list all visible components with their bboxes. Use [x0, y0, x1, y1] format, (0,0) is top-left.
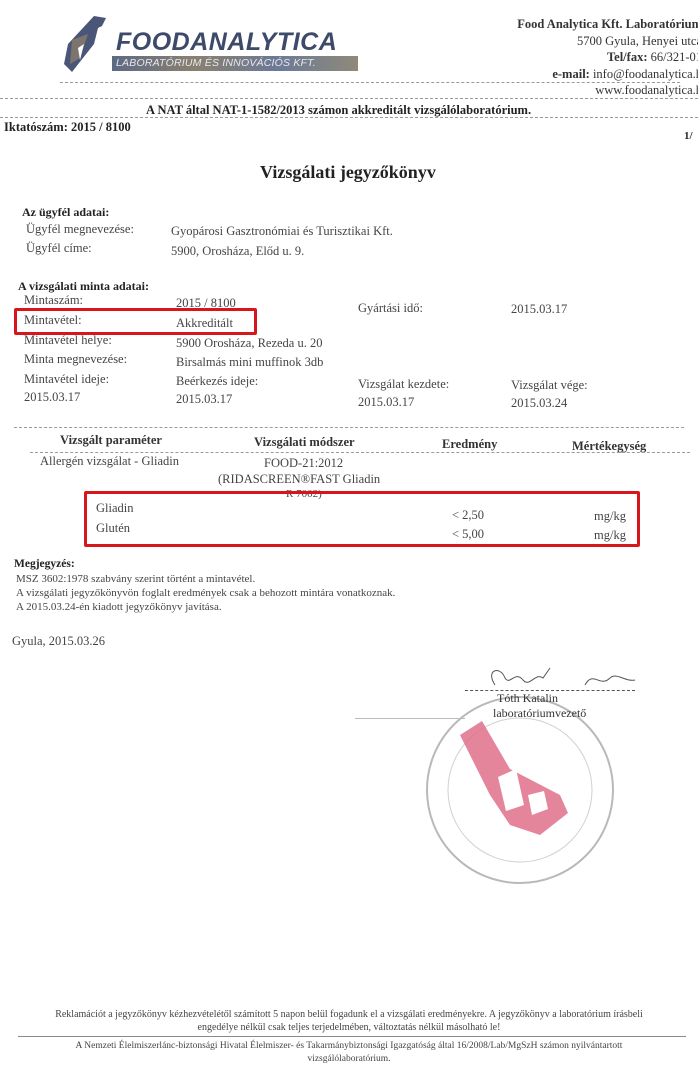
- sampling-place-label: Mintavétel helye:: [24, 333, 112, 348]
- parameter-value: Allergén vizsgálat - Gliadin: [40, 454, 179, 469]
- test-start-label: Vizsgálat kezdete:: [358, 377, 449, 392]
- footer-registration: A Nemzeti Élelmiszerlánc-biztonsági Hiva…: [0, 1040, 698, 1065]
- sample-name-value: Birsalmás mini muffinok 3db: [176, 355, 323, 370]
- production-value: 2015.03.17: [511, 302, 567, 317]
- sample-number-label: Mintaszám:: [24, 293, 83, 308]
- header-divider-3: [0, 117, 698, 118]
- stamp-pointer-line: [355, 718, 465, 719]
- sampling-label: Mintavétel:: [24, 313, 82, 328]
- results-highlight-box: [84, 491, 640, 547]
- document-title: Vizsgálati jegyzőkönyv: [260, 162, 436, 183]
- tel-value: 66/321-01: [651, 50, 698, 64]
- footer-line: Reklamációt a jegyzőkönyv kézhezvételétő…: [0, 1008, 698, 1021]
- company-name: Food Analytica Kft. Laboratórium: [517, 17, 698, 31]
- client-name-label: Ügyfél megnevezése:: [26, 222, 134, 237]
- col-header-method: Vizsgálati módszer: [254, 435, 355, 450]
- company-info: Food Analytica Kft. Laboratórium 5700 Gy…: [517, 16, 698, 99]
- test-end-value: 2015.03.24: [511, 396, 567, 411]
- note-line: MSZ 3602:1978 szabvány szerint történt a…: [16, 573, 255, 585]
- table-header-divider: [30, 452, 690, 453]
- client-address-label: Ügyfél címe:: [26, 241, 92, 256]
- logo-wordmark: FOODANALYTICA: [116, 28, 337, 57]
- header-divider-2: [0, 98, 698, 99]
- result-unit: mg/kg: [594, 528, 626, 543]
- company-address: 5700 Gyula, Henyei utca: [517, 33, 698, 50]
- result-value: < 5,00: [452, 527, 484, 542]
- sampling-value: Akkreditált: [176, 316, 233, 331]
- sampling-date-value: 2015.03.17: [24, 390, 80, 405]
- sample-name-label: Minta megnevezése:: [24, 352, 127, 367]
- page-number: 1/: [684, 130, 693, 142]
- footer-line: vizsgálólaboratórium.: [0, 1053, 698, 1065]
- footer-line: A Nemzeti Élelmiszerlánc-biztonsági Hiva…: [0, 1040, 698, 1053]
- note-line: A 2015.03.24-én kiadott jegyzőkönyv javí…: [16, 601, 222, 613]
- header-divider: [60, 82, 680, 83]
- client-address-value: 5900, Orosháza, Előd u. 9.: [171, 244, 304, 259]
- sample-section-label: A vizsgálati minta adatai:: [18, 279, 149, 294]
- sampling-date-label: Mintavétel ideje:: [24, 372, 109, 387]
- sampling-place-value: 5900 Orosháza, Rezeda u. 20: [176, 336, 322, 351]
- accreditation-line: A NAT által NAT-1-1582/2013 számon akkre…: [146, 103, 531, 118]
- logo-subtitle: LABORATÓRIUM ÉS INNOVÁCIÓS KFT.: [112, 56, 358, 71]
- registry-number: Iktatószám: 2015 / 8100: [4, 120, 131, 135]
- test-start-value: 2015.03.17: [358, 395, 414, 410]
- tel-label: Tel/fax:: [607, 50, 648, 64]
- website: www.foodanalytica.h: [517, 82, 698, 99]
- footer-complaint: Reklamációt a jegyzőkönyv kézhezvételétő…: [0, 1008, 698, 1034]
- result-value: < 2,50: [452, 508, 484, 523]
- result-name: Gliadin: [96, 501, 134, 516]
- method-line-1: FOOD-21:2012: [264, 456, 343, 471]
- test-end-label: Vizsgálat vége:: [511, 378, 588, 393]
- production-label: Gyártási idő:: [358, 301, 423, 316]
- footer-line: engedélye nélkül csak teljes terjedelméb…: [0, 1021, 698, 1034]
- result-unit: mg/kg: [594, 509, 626, 524]
- method-line-2: (RIDASCREEN®FAST Gliadin: [218, 472, 380, 487]
- col-header-parameter: Vizsgált paraméter: [60, 433, 162, 448]
- client-name-value: Gyopárosi Gasztronómiai és Turisztikai K…: [171, 224, 393, 239]
- arrival-value: 2015.03.17: [176, 392, 232, 407]
- result-name: Glutén: [96, 521, 130, 536]
- col-header-result: Eredmény: [442, 437, 497, 452]
- signatory-role: laboratóriumvezető: [493, 706, 586, 721]
- signatory-name: Tóth Katalin: [497, 691, 558, 706]
- note-line: A vizsgálati jegyzőkönyvön foglalt eredm…: [16, 587, 395, 599]
- email-label: e-mail:: [552, 67, 589, 81]
- notes-label: Megjegyzés:: [14, 558, 75, 570]
- footer-divider: [18, 1036, 686, 1037]
- email-value: info@foodanalytica.h: [593, 67, 698, 81]
- place-date: Gyula, 2015.03.26: [12, 634, 105, 649]
- table-top-divider: [14, 427, 684, 428]
- client-section-label: Az ügyfél adatai:: [22, 205, 109, 220]
- arrival-label: Beérkezés ideje:: [176, 374, 258, 389]
- logo-flask-icon: [58, 14, 116, 78]
